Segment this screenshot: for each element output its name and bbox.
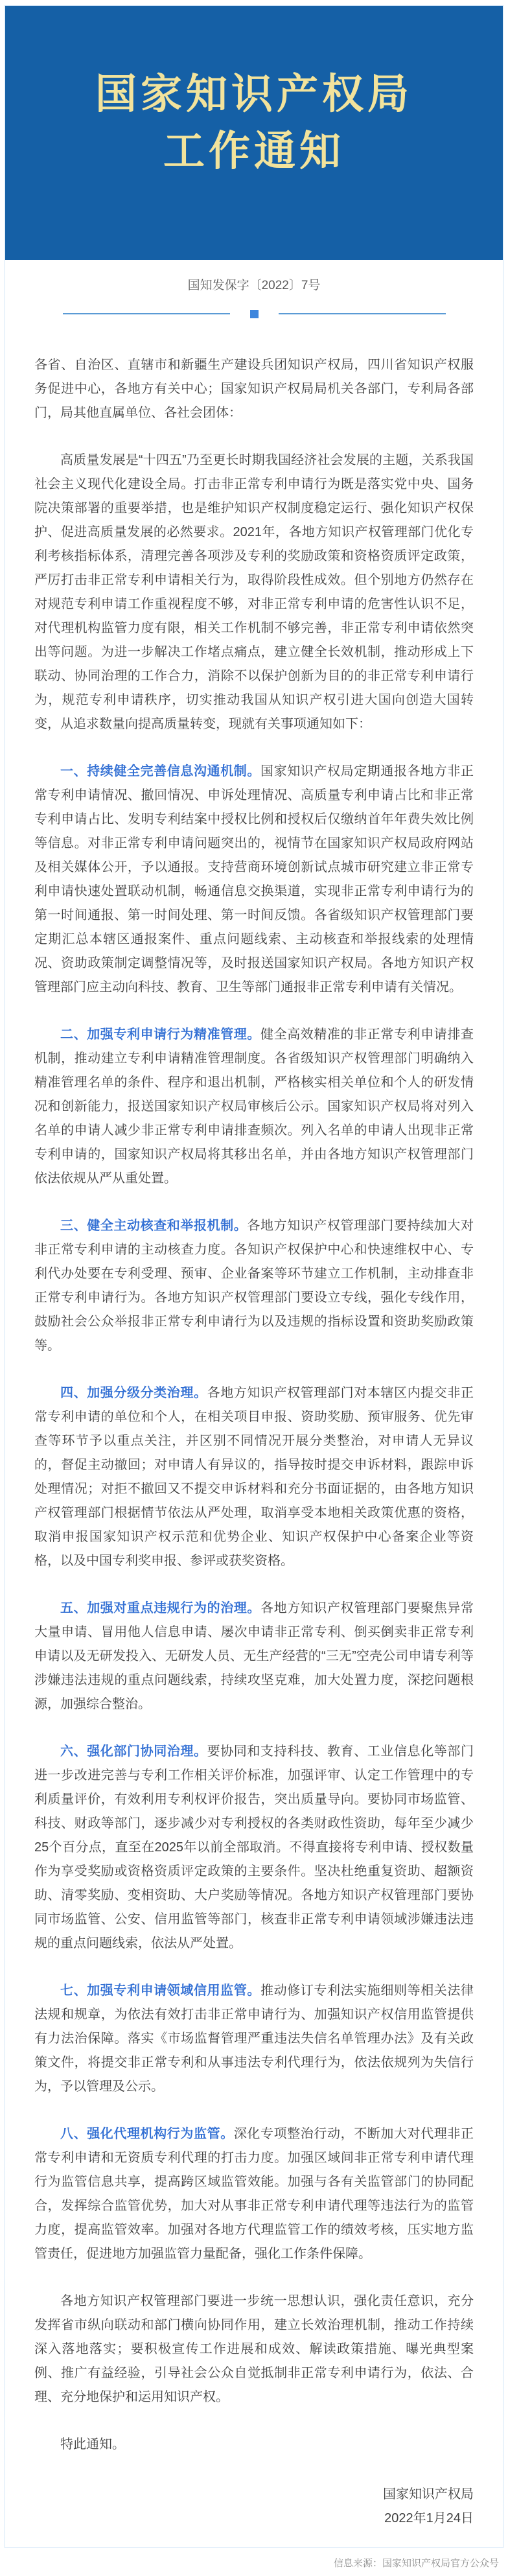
divider-line-right bbox=[279, 313, 446, 314]
section-5-heading: 五、加强对重点违规行为的治理。 bbox=[60, 1601, 260, 1615]
page-title-line2: 工作通知 bbox=[163, 123, 345, 180]
divider-line-left bbox=[63, 313, 230, 314]
section-8-heading: 八、强化代理机构行为监管。 bbox=[60, 2127, 234, 2141]
section-5-body: 各地方知识产权管理部门要聚焦异常大量申请、冒用他人信息申请、屡次申请非正常专利、… bbox=[34, 1601, 474, 1711]
section-2: 二、加强专利申请行为精准管理。健全高效精准的非正常专利申请排查机制，推动建立专利… bbox=[34, 1023, 474, 1191]
section-8-body: 深化专项整治行动，不断加大对代理非正常专利申请和无资质专利代理的打击力度。加强区… bbox=[34, 2127, 474, 2261]
section-4-heading: 四、加强分级分类治理。 bbox=[60, 1386, 207, 1400]
section-6-body: 要协同和支持科技、教育、工业信息化等部门进一步改进完善与专利工作相关评价标准，加… bbox=[34, 1744, 474, 1950]
notice-document: 国家知识产权局 工作通知 国知发保字〔2022〕7号 各省、自治区、直辖市和新疆… bbox=[5, 5, 503, 2548]
intro-paragraph: 高质量发展是“十四五”乃至更长时期我国经济社会发展的主题，关系我国社会主义现代化… bbox=[34, 449, 474, 736]
page-title-line1: 国家知识产权局 bbox=[95, 66, 413, 123]
document-body: 各省、自治区、直辖市和新疆生产建设兵团知识产权局，四川省知识产权服务促进中心，各… bbox=[5, 318, 503, 2547]
salutation-paragraph: 各省、自治区、直辖市和新疆生产建设兵团知识产权局，四川省知识产权服务促进中心，各… bbox=[34, 353, 474, 425]
section-1-heading: 一、持续健全完善信息沟通机制。 bbox=[60, 764, 260, 779]
banner: 国家知识产权局 工作通知 bbox=[5, 6, 503, 260]
section-5: 五、加强对重点违规行为的治理。各地方知识产权管理部门要聚焦异常大量申请、冒用他人… bbox=[34, 1597, 474, 1716]
section-6: 六、强化部门协同治理。要协同和支持科技、教育、工业信息化等部门进一步改进完善与专… bbox=[34, 1740, 474, 1956]
signature-block: 国家知识产权局 2022年1月24日 bbox=[34, 2483, 474, 2531]
divider bbox=[5, 309, 503, 318]
section-1: 一、持续健全完善信息沟通机制。国家知识产权局定期通报各地方非正常专利申请情况、撤… bbox=[34, 760, 474, 1000]
section-7: 七、加强专利申请领域信用监管。推动修订专利法实施细则等相关法律法规和规章，为依法… bbox=[34, 1979, 474, 2099]
section-3: 三、健全主动核查和举报机制。各地方知识产权管理部门要持续加大对非正常专利申请的主… bbox=[34, 1214, 474, 1358]
section-2-heading: 二、加强专利申请行为精准管理。 bbox=[60, 1027, 260, 1042]
signature-org: 国家知识产权局 bbox=[34, 2483, 474, 2507]
section-6-heading: 六、强化部门协同治理。 bbox=[60, 1744, 207, 1759]
section-1-body: 国家知识产权局定期通报各地方非正常专利申请情况、撤回情况、申诉处理情况、高质量专… bbox=[34, 764, 474, 994]
section-4-body: 各地方知识产权管理部门对本辖区内提交非正常专利申请的单位和个人，在相关项目申报、… bbox=[34, 1386, 474, 1568]
section-2-body: 健全高效精准的非正常专利申请排查机制，推动建立专利申请精准管理制度。各省级知识产… bbox=[34, 1027, 474, 1186]
divider-square bbox=[250, 310, 259, 318]
footer-source: 信息来源：国家知识产权局官方公众号 bbox=[0, 2556, 503, 2570]
section-8: 八、强化代理机构行为监管。深化专项整治行动，不断加大对代理非正常专利申请和无资质… bbox=[34, 2122, 474, 2266]
section-3-body: 各地方知识产权管理部门要持续加大对非正常专利申请的主动核查力度。各知识产权保护中… bbox=[34, 1219, 474, 1353]
section-7-heading: 七、加强专利申请领域信用监管。 bbox=[60, 1984, 260, 1998]
doc-number: 国知发保字〔2022〕7号 bbox=[5, 277, 503, 295]
notice-paragraph: 特此通知。 bbox=[34, 2433, 474, 2457]
closing-paragraph: 各地方知识产权管理部门要进一步统一思想认识，强化责任意识，充分发挥省市纵向联动和… bbox=[34, 2289, 474, 2409]
section-3-heading: 三、健全主动核查和举报机制。 bbox=[60, 1219, 247, 1233]
section-7-body: 推动修订专利法实施细则等相关法律法规和规章，为依法有效打击非正常申请行为、加强知… bbox=[34, 1984, 474, 2094]
signature-date: 2022年1月24日 bbox=[34, 2507, 474, 2531]
section-4: 四、加强分级分类治理。各地方知识产权管理部门对本辖区内提交非正常专利申请的单位和… bbox=[34, 1381, 474, 1573]
